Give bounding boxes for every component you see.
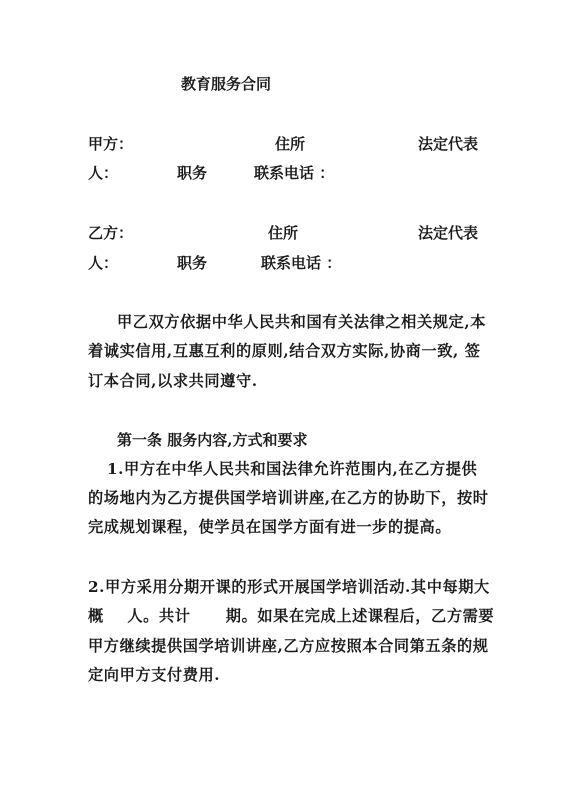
- preamble-line-2: 着诚实信用,互惠互利的原则,结合双方实际,协商一致, 签: [88, 342, 481, 360]
- party-b-phone-label: 联系电话 ：: [261, 254, 341, 272]
- article-1-item-1-line-2: 的场地内为乙方提供国学培训讲座,在乙方的协助下，按时: [88, 489, 489, 507]
- party-b-position-label: 职务: [177, 254, 207, 272]
- preamble-line-1: 甲乙双方依据中华人民共和国有关法律之相关规定,本: [117, 313, 486, 331]
- article-1-item-2-line-3: 甲方继续提供国学培训讲座,乙方应按照本合同第五条的规: [88, 637, 489, 655]
- party-a-legal-rep-label: 法定代表: [418, 135, 478, 153]
- article-1-item-2-line-2: 概 人。共计 期。如果在完成上述课程后，乙方需要: [88, 607, 494, 625]
- party-b-label: 乙方：: [88, 224, 133, 242]
- party-b-address-label: 住所: [268, 224, 298, 242]
- article-1-item-1-line-3: 完成规划课程，使学员在国学方面有进一步的提高。: [88, 518, 451, 536]
- party-b-legal-rep-label: 法定代表: [418, 224, 478, 242]
- party-a-label: 甲方：: [88, 135, 133, 153]
- article-1-item-1-line-1: 1.甲方在中华人民共和国法律允许范围内,在乙方提供: [107, 460, 477, 478]
- document-title: 教育服务合同: [181, 75, 271, 93]
- party-a-position-label: 职务: [177, 164, 207, 182]
- article-1-item-2-line-4: 定向甲方支付费用.: [88, 666, 220, 684]
- article-1-item-2-line-1: 2.甲方采用分期开课的形式开展国学培训活动.其中每期大: [88, 578, 490, 596]
- preamble-line-3: 订本合同,以求共同遵守.: [88, 372, 258, 390]
- party-a-phone-label: 联系电话 ：: [254, 164, 334, 182]
- party-a-address-label: 住所: [275, 135, 305, 153]
- party-b-legal-rep-label-cont: 人：: [88, 254, 118, 272]
- article-1-heading: 第一条 服务内容,方式和要求: [117, 431, 307, 449]
- party-a-legal-rep-label-cont: 人：: [88, 164, 118, 182]
